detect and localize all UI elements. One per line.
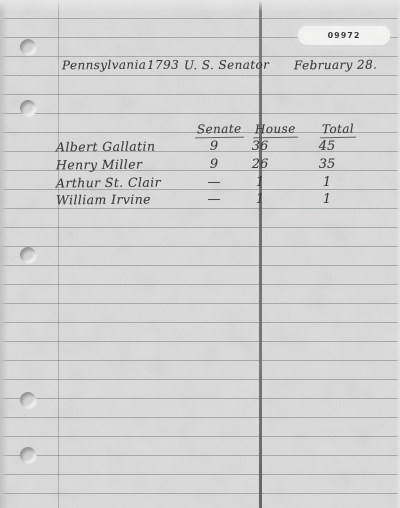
house-votes: 1 [245,192,275,207]
title-office: U. S. Senator [184,58,269,73]
title-year: 1793 [147,58,179,72]
candidate-name: Albert Gallatin [56,139,155,155]
candidate-name: William Irvine [56,192,151,208]
senate-votes: — [199,175,229,190]
title-date: February 28. [294,58,377,73]
catalog-label: 09972 [298,26,390,45]
page-right-edge-highlight [396,0,400,508]
table-row: William Irvine — 1 1 [0,192,400,210]
senate-votes: — [199,192,229,207]
table-row: Albert Gallatin 9 36 45 [0,139,400,157]
page-left-edge-shadow [0,0,8,508]
total-votes: 1 [312,175,342,190]
total-votes: 45 [312,139,342,154]
margin-rule-line [58,0,59,508]
total-votes: 1 [312,192,342,207]
candidate-name: Arthur St. Clair [56,175,161,191]
ruled-lines [0,0,400,508]
candidate-name: Henry Miller [56,157,142,173]
house-votes: 36 [245,139,275,154]
column-header-house: House [253,122,298,139]
table-row: Arthur St. Clair — 1 1 [0,175,400,193]
column-header-total: Total [320,122,356,139]
column-divider-line [259,0,262,508]
catalog-number: 09972 [328,31,361,40]
scanned-ledger-page: 09972 Pennsylvania 1793 U. S. Senator Fe… [0,0,400,508]
punch-hole [20,39,36,55]
punch-hole [20,100,36,116]
page-top-edge-highlight [0,0,400,12]
title-state: Pennsylvania [62,58,146,73]
column-header-senate: Senate [195,122,244,139]
punch-hole [20,392,36,408]
punch-hole [20,447,36,463]
senate-votes: 9 [199,139,229,154]
house-votes: 1 [245,175,275,190]
total-votes: 35 [312,157,342,172]
table-row: Henry Miller 9 26 35 [0,157,400,175]
house-votes: 26 [245,157,275,172]
senate-votes: 9 [199,157,229,172]
punch-hole [20,247,36,263]
